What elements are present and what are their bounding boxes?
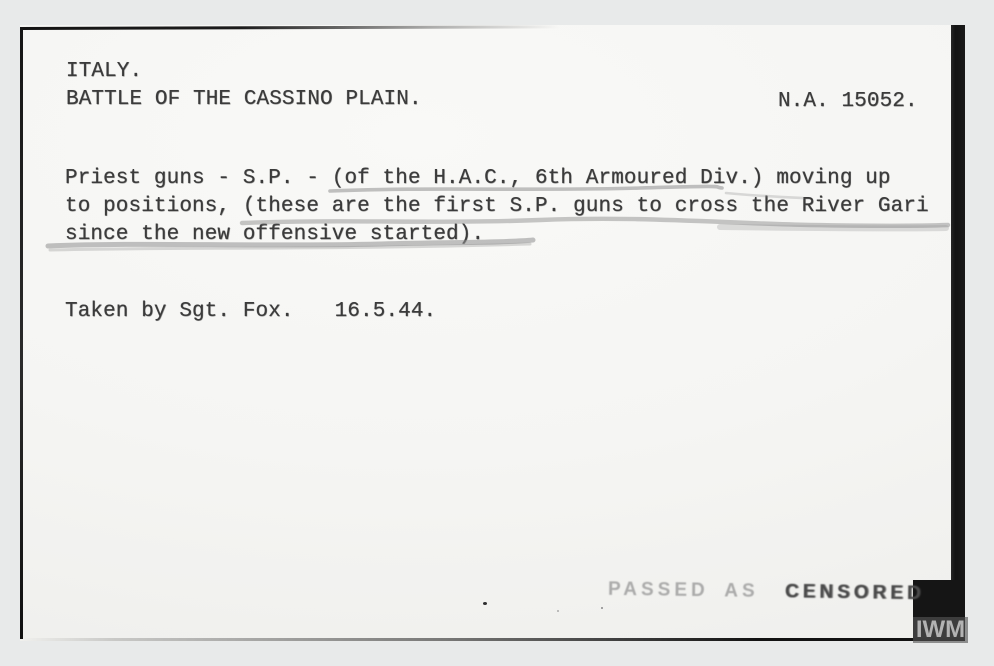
photo-caption-card: ITALY. BATTLE OF THE CASSINO PLAIN. N.A.…: [20, 25, 965, 641]
iwm-watermark: IWM: [913, 617, 968, 643]
country-heading: ITALY.: [66, 58, 422, 86]
caption-line-3: since the new offensive started).: [65, 221, 929, 249]
scan-edge-bottom: [20, 638, 965, 641]
scan-viewer-background: ITALY. BATTLE OF THE CASSINO PLAIN. N.A.…: [0, 0, 994, 666]
battle-title: BATTLE OF THE CASSINO PLAIN.: [66, 86, 422, 114]
ink-speck: [601, 607, 603, 609]
censor-stamp: PASSED AS CENSORED: [608, 579, 925, 605]
ink-speck: [557, 610, 559, 612]
reference-number: N.A. 15052.: [778, 88, 918, 116]
credit-photographer: Taken by Sgt. Fox.: [65, 300, 294, 323]
caption-line-2: to positions, (these are the first S.P. …: [65, 193, 929, 221]
ink-speck: [483, 602, 487, 605]
stamp-passed-as: PASSED AS: [608, 579, 759, 602]
caption-line-1: Priest guns - S.P. - (of the H.A.C., 6th…: [65, 165, 929, 193]
credit-date: 16.5.44.: [335, 300, 437, 323]
caption-paragraph: Priest guns - S.P. - (of the H.A.C., 6th…: [65, 165, 929, 249]
stamp-censored: CENSORED: [785, 581, 925, 604]
scan-edge-left: [20, 27, 23, 639]
scan-edge-top: [22, 25, 570, 30]
credit-line: Taken by Sgt. Fox.16.5.44.: [65, 298, 436, 326]
scan-edge-right: [951, 25, 965, 641]
pencil-underlines: [20, 25, 965, 641]
heading-block: ITALY. BATTLE OF THE CASSINO PLAIN.: [66, 58, 422, 114]
